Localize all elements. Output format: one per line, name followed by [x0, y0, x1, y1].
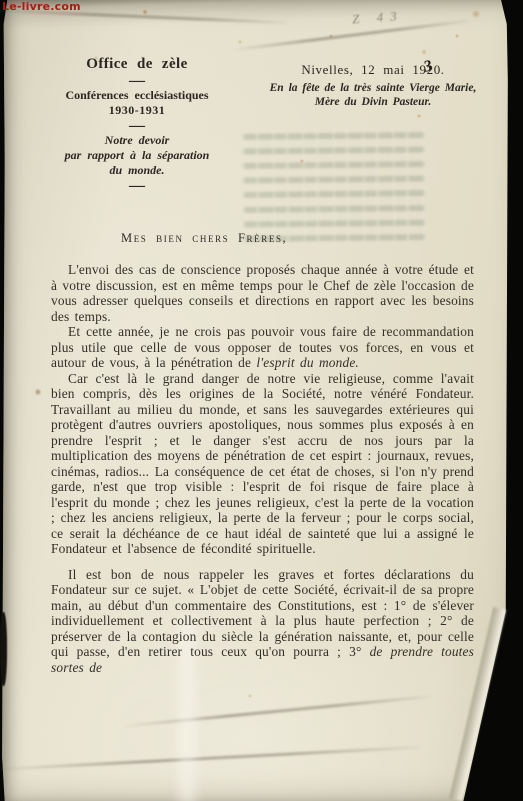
divider-dash: — — [45, 74, 229, 87]
letter-paragraph: Et cette année, je ne crois pas pouvoir … — [51, 324, 474, 371]
paragraph-text: Car c'est là le grand danger de notre vi… — [51, 371, 474, 557]
letter-body: L'envoi des cas de conscience proposés c… — [51, 262, 474, 675]
place-dateline: Nivelles, 12 mai 1920.3 — [246, 62, 500, 78]
subject-line-1: Notre devoir — [45, 133, 229, 148]
emphasized-phrase: l'esprit du monde. — [256, 355, 359, 370]
letterhead-left: Office de zèle — Conférences ecclésiasti… — [45, 56, 229, 193]
paragraph-text: L'envoi des cas de conscience proposés c… — [51, 262, 474, 324]
letter-paragraph: L'envoi des cas de conscience proposés c… — [51, 262, 474, 324]
subject-line-2: par rapport à la séparation — [45, 148, 229, 163]
divider-dash: — — [45, 119, 229, 132]
letterhead-right: Nivelles, 12 mai 1920.3 En la fête de la… — [246, 62, 500, 109]
dateline-prefix: Nivelles, 12 mai — [301, 62, 412, 77]
letter-paragraph: Car c'est là le grand danger de notre vi… — [51, 371, 474, 557]
feast-line-2: Mère du Divin Pasteur. — [246, 96, 500, 110]
office-title: Office de zèle — [45, 56, 229, 73]
salutation: Mes bien chers Frères, — [121, 231, 287, 246]
watermark-label: Le-livre.com — [2, 0, 81, 13]
series-label: Conférences ecclésiastiques — [45, 88, 229, 103]
divider-dash: — — [45, 179, 229, 192]
letter-paragraph: Il est bon de nous rappeler les graves e… — [51, 567, 474, 676]
subject-line-3: du monde. — [45, 163, 229, 178]
feast-line-1: En la fête de la très sainte Vierge Mari… — [246, 82, 500, 96]
scanned-document-view: Le-livre.com Z 43 Office de zèle — Confé… — [0, 0, 523, 801]
series-years: 1930-1931 — [45, 103, 229, 118]
